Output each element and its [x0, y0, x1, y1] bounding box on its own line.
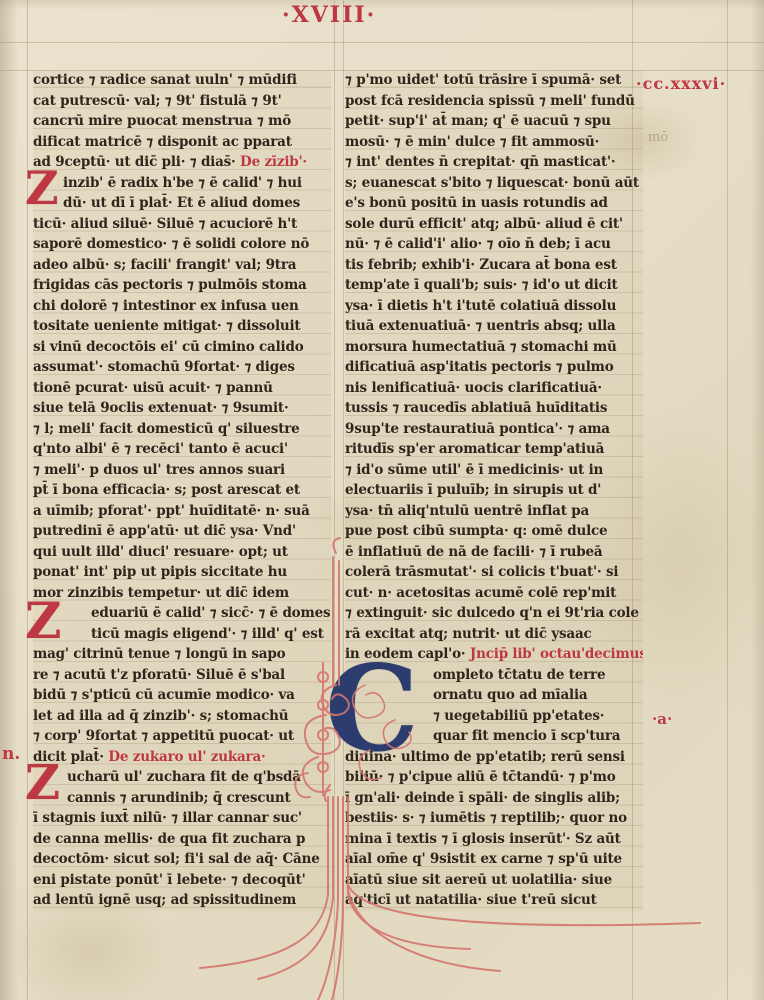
left-text-column: cortice ⁊ radice sanat uuln' ⁊ mūdificat… [33, 70, 331, 911]
text-line: petit· sup'i' at̄ man; q' ē uacuū ⁊ spu [345, 111, 643, 132]
text-run: ritudīs sp'er aromaticar temp'atiuā [345, 441, 604, 457]
text-line: inzib' ē radix h'be ⁊ ē calid' ⁊ hui [33, 173, 331, 194]
text-line: cortice ⁊ radice sanat uuln' ⁊ mūdifi [33, 70, 331, 91]
text-line: nis lenificatiuā· uocis clarificatiuā· [345, 378, 643, 399]
text-line: bestiis· s· ⁊ iumētis ⁊ reptilib;· quor … [345, 808, 643, 829]
text-run: tositate ueniente mitigat· ⁊ dissoluit [33, 318, 300, 334]
text-line: siue telā 9oclis extenuat· ⁊ 9sumit· [33, 398, 331, 419]
text-run: ⁊ int' dentes n̄ crepitat· qn̄ masticat'… [345, 154, 615, 170]
text-run: bestiis· s· ⁊ iumētis ⁊ reptilib;· quor … [345, 810, 627, 826]
text-run: dificat matricē ⁊ disponit ac pparat [33, 134, 292, 150]
text-run: cat putrescū· val; ⁊ 9t' fistulā ⁊ 9t' [33, 93, 282, 109]
text-run: siue telā 9oclis extenuat· ⁊ 9sumit· [33, 400, 288, 416]
text-run: bidū ⁊ s'pticū cū acumīe modico· va [33, 687, 295, 703]
text-run: ornatu quo ad mīalia [433, 687, 587, 703]
text-line: s; euanescat s'bito ⁊ liquescat· bonū aū… [345, 173, 643, 194]
text-line: ⁊ int' dentes n̄ crepitat· qn̄ masticat'… [345, 152, 643, 173]
paragraph-block: ⁊ p'mo uidet' totū trāsire ī spumā· setp… [345, 70, 643, 665]
text-line: dū· ut dī ī plat̄· Et ē aliud domes [33, 193, 331, 214]
text-line: sole durū efficit' atq; albū· aliud ē ci… [345, 214, 643, 235]
text-run: chi dolorē ⁊ intestinor ex infusa uen [33, 298, 299, 314]
text-line: tionē pcurat· uisū acuit· ⁊ pannū [33, 378, 331, 399]
text-run: decoctōm· sicut sol; fi'i sal de aq̄· Cā… [33, 851, 320, 867]
text-line: ī stagnis iuxt̄ nilū· ⁊ illar cannar suc… [33, 808, 331, 829]
ruling-line [343, 0, 344, 1000]
text-run: electuariis ī puluīb; in sirupis ut d' [345, 482, 601, 498]
faded-margin-note: mō [648, 130, 668, 145]
text-line: eduariū ē calid' ⁊ sicc̄· ⁊ ē domes [33, 603, 331, 624]
text-run: mor zinzibis tempetur· ut dic̄ idem [33, 585, 289, 601]
text-line: temp'ate ī quali'b; suis· ⁊ id'o ut dici… [345, 275, 643, 296]
text-run: morsura humectatiuā ⁊ stomachi mū [345, 339, 617, 355]
text-line: let ad illa ad q̄ zinzib'· s; stomachū [33, 706, 331, 727]
text-line: aīatū siue sit aereū ut uolatilia· siue [345, 870, 643, 891]
text-run: ompleto tc̄tatu de terre [433, 667, 605, 683]
text-line: colerā trāsmutat'· si colicis t'buat'· s… [345, 562, 643, 583]
paragraph-block: Completo tc̄tatu de terreornatu quo ad m… [345, 665, 643, 911]
text-line: ē inflatiuū de nā de facili· ⁊ ī rubeā [345, 542, 643, 563]
ruling-line [727, 0, 728, 1000]
illuminated-initial-z: Z [25, 600, 61, 641]
text-line: assumat'· stomachū 9fortat· ⁊ diges [33, 357, 331, 378]
text-line: eni pistate ponūt' ī lebete· ⁊ decoqūt' [33, 870, 331, 891]
text-run: mosū· ⁊ ē min' dulce ⁊ fit ammosū· [345, 134, 599, 150]
text-run: let ad illa ad q̄ zinzib'· s; stomachū [33, 708, 288, 724]
text-line: ad 9ceptū· ut dic̄ pli· ⁊ dias̄· De zīzi… [33, 152, 331, 173]
ruling-line [334, 0, 335, 1000]
text-run: putredinī ē app'atū· ut dic̄ ysa· Vnd' [33, 523, 296, 539]
text-run: ticū· aliud siluē· Siluē ⁊ acuciorē h't [33, 216, 297, 232]
rubric: Jncip̄ lib' octau'decimus· [465, 646, 643, 662]
text-line: ⁊ extinguit· sic dulcedo q'n ei 9t'ria c… [345, 603, 643, 624]
text-run: re ⁊ acutū t'z pforatū· Siluē ē s'bal [33, 667, 285, 683]
text-line: ⁊ corp' 9fortat ⁊ appetitū puocat· ut [33, 726, 331, 747]
text-line: ponat' int' pip ut pipis siccitate hu [33, 562, 331, 583]
text-run: ī stagnis iuxt̄ nilū· ⁊ illar cannar suc… [33, 810, 302, 826]
text-run: eduariū ē calid' ⁊ sicc̄· ⁊ ē domes [91, 605, 330, 621]
text-line: tiuā extenuatiuā· ⁊ uentris absq; ulla [345, 316, 643, 337]
text-run: s; euanescat s'bito ⁊ liquescat· bonū aū… [345, 175, 639, 191]
text-line: dicit plat̄· De zukaro ul' zukara· [33, 747, 331, 768]
text-run: 9sup'te restauratiuā pontica'· ⁊ ama [345, 421, 610, 437]
text-run: dificatiuā asp'itatis pectoris ⁊ pulmo [345, 359, 614, 375]
paragraph-block: cortice ⁊ radice sanat uuln' ⁊ mūdificat… [33, 70, 331, 173]
text-run: inzib' ē radix h'be ⁊ ē calid' ⁊ hui [63, 175, 302, 191]
text-line: putredinī ē app'atū· ut dic̄ ysa· Vnd' [33, 521, 331, 542]
text-run: nis lenificatiuā· uocis clarificatiuā· [345, 380, 602, 396]
text-line: tussis ⁊ raucedīs ablatiuā huīditatis [345, 398, 643, 419]
text-line: mina ī textis ⁊ ī glosis inserūt'· Sz aū… [345, 829, 643, 850]
paragraph-block: Zeduariū ē calid' ⁊ sicc̄· ⁊ ē domesticū… [33, 603, 331, 767]
text-line: ⁊ id'o sūme util' ē ī medicinis· ut in [345, 460, 643, 481]
text-line: cat putrescū· val; ⁊ 9t' fistulā ⁊ 9t' [33, 91, 331, 112]
text-run: nū· ⁊ ē calid'i' alio· ⁊ oīo n̄ deb; ī a… [345, 236, 611, 252]
text-line: a uīmib; pforat'· ppt' huīditatē· n· suā [33, 501, 331, 522]
text-run: ad 9ceptū· ut dic̄ pli· ⁊ dias̄· [33, 154, 236, 170]
text-run: de canna mellis· de qua fit zuchara p [33, 831, 305, 847]
text-run: aīal om̄e q' 9sistit ex carne ⁊ sp'ū uit… [345, 851, 622, 867]
text-run: ucharū ul' zuchara fit de q'bsdā [67, 769, 301, 785]
text-run: colerā trāsmutat'· si colicis t'buat'· s… [345, 564, 618, 580]
text-line: cancrū mire puocat menstrua ⁊ mō [33, 111, 331, 132]
text-line: e's bonū positū in uasis rotundis ad [345, 193, 643, 214]
text-line: tis febrib; exhib'i· Zucara at̄ bona est [345, 255, 643, 276]
text-run: ⁊ extinguit· sic dulcedo q'n ei 9t'ria c… [345, 605, 639, 621]
text-run: q'nto albi' ē ⁊ recēci' tanto ē acuci' [33, 441, 288, 457]
text-run: ⁊ l; meli' facit domesticū q' siluestre [33, 421, 300, 437]
text-run: cortice ⁊ radice sanat uuln' ⁊ mūdifi [33, 72, 297, 88]
text-run: sole durū efficit' atq; albū· aliud ē ci… [345, 216, 623, 232]
text-run: assumat'· stomachū 9fortat· ⁊ diges [33, 359, 295, 375]
text-line: ⁊ p'mo uidet' totū trāsire ī spumā· set [345, 70, 643, 91]
text-line: ucharū ul' zuchara fit de q'bsdā [33, 767, 331, 788]
text-line: ⁊ l; meli' facit domesticū q' siluestre [33, 419, 331, 440]
paragraph-block: Zinzib' ē radix h'be ⁊ ē calid' ⁊ huidū·… [33, 173, 331, 604]
text-run: mag' citrinū tenue ⁊ longū in sapo [33, 646, 285, 662]
text-run: adeo albū· s; facili' frangit' val; 9tra [33, 257, 296, 273]
text-run: ad lentū ignē usq; ad spissitudinem [33, 892, 296, 908]
left-margin-note: n. [2, 744, 20, 764]
text-line: tositate ueniente mitigat· ⁊ dissoluit [33, 316, 331, 337]
text-line: ī gn'ali· deinde ī spāli· de singlis ali… [345, 788, 643, 809]
text-run: ⁊ id'o sūme util' ē ī medicinis· ut in [345, 462, 603, 478]
text-run: cancrū mire puocat menstrua ⁊ mō [33, 113, 291, 129]
ruling-line [27, 0, 28, 1000]
text-line: mor zinzibis tempetur· ut dic̄ idem [33, 583, 331, 604]
text-line: si vinū decoctōis ei' cū cimino calido [33, 337, 331, 358]
text-run: cannis ⁊ arundinib; q̄ crescunt [67, 790, 291, 806]
text-line: decoctōm· sicut sol; fi'i sal de aq̄· Cā… [33, 849, 331, 870]
text-line: de canna mellis· de qua fit zuchara p [33, 829, 331, 850]
illuminated-initial-z: Z [25, 764, 60, 803]
text-line: pt̄ ī bona efficacia· s; post arescat et [33, 480, 331, 501]
text-run: ⁊ uegetabiliū pp'etates· [433, 708, 604, 724]
text-line: ysa· ī dietis h't i'tutē colatiuā dissol… [345, 296, 643, 317]
text-line: cannis ⁊ arundinib; q̄ crescunt [33, 788, 331, 809]
paragraph-block: Zucharū ul' zuchara fit de q'bsdācannis … [33, 767, 331, 911]
text-run: ticū magis eligend'· ⁊ illd' q' est [91, 626, 324, 642]
rubric: De zukaro ul' zukara· [104, 749, 266, 765]
illuminated-initial-z: Z [25, 170, 58, 208]
text-run: tis febrib; exhib'i· Zucara at̄ bona est [345, 257, 617, 273]
text-run: temp'ate ī quali'b; suis· ⁊ id'o ut dici… [345, 277, 618, 293]
text-line: qui uult illd' diuci' resuare· opt; ut [33, 542, 331, 563]
manuscript-page: ·XVIII· ·cc.xxxvi· mō n. ·a· cortice ⁊ r… [0, 0, 764, 1000]
text-line: aq'ticī ut natatilia· siue t'reū sicut [345, 890, 643, 911]
text-line: ad lentū ignē usq; ad spissitudinem [33, 890, 331, 911]
text-run: ysa· ī dietis h't i'tutē colatiuā dissol… [345, 298, 616, 314]
rubric: De zīzib'· [236, 154, 307, 170]
text-run: petit· sup'i' at̄ man; q' ē uacuū ⁊ spu [345, 113, 611, 129]
text-run: ysa· tn̄ aliq'ntulū uentrē inflat pa [345, 503, 589, 519]
right-text-column: ⁊ p'mo uidet' totū trāsire ī spumā· setp… [345, 70, 643, 911]
text-run: frigidas cās pectoris ⁊ pulmōis stoma [33, 277, 307, 293]
text-run: tiuā extenuatiuā· ⁊ uentris absq; ulla [345, 318, 616, 334]
text-line: re ⁊ acutū t'z pforatū· Siluē ē s'bal [33, 665, 331, 686]
text-run: pue post cibū sumpta· q: omē dulce [345, 523, 607, 539]
text-line: nū· ⁊ ē calid'i' alio· ⁊ oīo n̄ deb; ī a… [345, 234, 643, 255]
text-line: saporē domestico· ⁊ ē solidi colore nō [33, 234, 331, 255]
text-run: a uīmib; pforat'· ppt' huīditatē· n· suā [33, 503, 310, 519]
text-line: aīal om̄e q' 9sistit ex carne ⁊ sp'ū uit… [345, 849, 643, 870]
text-line: adeo albū· s; facili' frangit' val; 9tra [33, 255, 331, 276]
text-line: chi dolorē ⁊ intestinor ex infusa uen [33, 296, 331, 317]
text-line: frigidas cās pectoris ⁊ pulmōis stoma [33, 275, 331, 296]
text-run: eni pistate ponūt' ī lebete· ⁊ decoqūt' [33, 872, 306, 888]
text-run: ē inflatiuū de nā de facili· ⁊ ī rubeā [345, 544, 602, 560]
text-run: si vinū decoctōis ei' cū cimino calido [33, 339, 304, 355]
text-run: ponat' int' pip ut pipis siccitate hu [33, 564, 287, 580]
margin-page-number: ·cc.xxxvi· [636, 74, 726, 93]
text-run: ⁊ p'mo uidet' totū trāsire ī spumā· set [345, 72, 621, 88]
text-run: ⁊ corp' 9fortat ⁊ appetitū puocat· ut [33, 728, 294, 744]
text-line: cut· n· acetositas acumē colē rep'mit [345, 583, 643, 604]
text-line: ticū magis eligend'· ⁊ illd' q' est [33, 624, 331, 645]
text-run: dū· ut dī ī plat̄· Et ē aliud domes [63, 195, 300, 211]
text-line: 9sup'te restauratiuā pontica'· ⁊ ama [345, 419, 643, 440]
illuminated-initial-c: C [325, 661, 419, 758]
text-run: tionē pcurat· uisū acuit· ⁊ pannū [33, 380, 273, 396]
right-margin-note: ·a· [652, 710, 672, 728]
text-run: pt̄ ī bona efficacia· s; post arescat et [33, 482, 300, 498]
text-run: quar fit mencio ī scp'tura [433, 728, 620, 744]
text-run: e's bonū positū in uasis rotundis ad [345, 195, 608, 211]
text-run: qui uult illd' diuci' resuare· opt; ut [33, 544, 288, 560]
text-run: post fcā residencia spissū ⁊ meli' fundū [345, 93, 635, 109]
text-line: mag' citrinū tenue ⁊ longū in sapo [33, 644, 331, 665]
text-line: ysa· tn̄ aliq'ntulū uentrē inflat pa [345, 501, 643, 522]
text-line: dificatiuā asp'itatis pectoris ⁊ pulmo [345, 357, 643, 378]
text-run: aīatū siue sit aereū ut uolatilia· siue [345, 872, 612, 888]
text-run: cut· n· acetositas acumē colē rep'mit [345, 585, 616, 601]
text-line: ticū· aliud siluē· Siluē ⁊ acuciorē h't [33, 214, 331, 235]
ruling-line [0, 42, 764, 43]
text-run: ⁊ meli'· p duos ul' tres annos suari [33, 462, 285, 478]
text-line: bidū ⁊ s'pticū cū acumīe modico· va [33, 685, 331, 706]
text-line: morsura humectatiuā ⁊ stomachi mū [345, 337, 643, 358]
text-line: q'nto albi' ē ⁊ recēci' tanto ē acuci' [33, 439, 331, 460]
text-run: tussis ⁊ raucedīs ablatiuā huīditatis [345, 400, 607, 416]
text-run: saporē domestico· ⁊ ē solidi colore nō [33, 236, 309, 252]
text-line: pue post cibū sumpta· q: omē dulce [345, 521, 643, 542]
text-line: ritudīs sp'er aromaticar temp'atiuā [345, 439, 643, 460]
text-run: mina ī textis ⁊ ī glosis inserūt'· Sz aū… [345, 831, 621, 847]
text-line: dificat matricē ⁊ disponit ac pparat [33, 132, 331, 153]
text-run: ī gn'ali· deinde ī spāli· de singlis ali… [345, 790, 620, 806]
text-run: aq'ticī ut natatilia· siue t'reū sicut [345, 892, 597, 908]
folio-number: ·XVIII· [282, 2, 376, 28]
text-line: post fcā residencia spissū ⁊ meli' fundū [345, 91, 643, 112]
text-line: mosū· ⁊ ē min' dulce ⁊ fit ammosū· [345, 132, 643, 153]
text-line: ⁊ meli'· p duos ul' tres annos suari [33, 460, 331, 481]
text-line: electuariis ī puluīb; in sirupis ut d' [345, 480, 643, 501]
